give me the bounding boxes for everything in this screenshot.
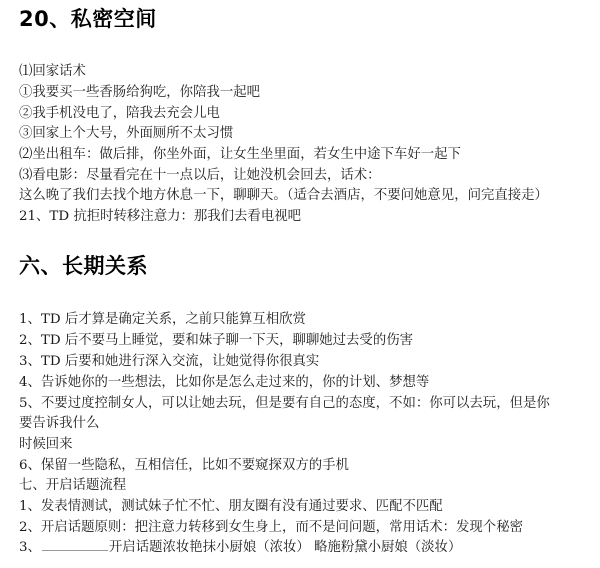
text-line: 要告诉我什么 bbox=[19, 414, 99, 434]
text-line: 3、TD 后要和她进行深入交流，让她觉得你很真实 bbox=[19, 352, 319, 372]
line-prefix: 3、 bbox=[19, 540, 41, 555]
heading-long-term-relationship: 六、长期关系 bbox=[19, 254, 148, 278]
text-line: 1、发表情测试，测试妹子忙不忙、朋友圈有没有通过要求、匹配不匹配 bbox=[19, 497, 443, 517]
text-line: 5、不要过度控制女人，可以让她去玩，但是要有自己的态度，不如：你可以去玩，但是你 bbox=[19, 394, 550, 414]
text-line: 21、TD 抗拒时转移注意力：那我们去看电视吧 bbox=[19, 207, 301, 227]
text-line-with-blank: 3、开启话题浓妆艳抹小厨娘（浓妆） 略施粉黛小厨娘（淡妆） bbox=[19, 538, 461, 558]
document-page: 20、私密空间 ⑴回家话术 ①我要买一些香肠给狗吃，你陪我一起吧 ②我手机没电了… bbox=[0, 0, 600, 568]
heading-private-space: 20、私密空间 bbox=[19, 7, 157, 31]
text-line: 时候回来 bbox=[19, 435, 73, 455]
subheading-topic-flow: 七、开启话题流程 bbox=[19, 476, 126, 496]
text-line: 6、保留一些隐私，互相信任，比如不要窥探双方的手机 bbox=[19, 456, 349, 476]
text-line: 1、TD 后才算是确定关系，之前只能算互相欣赏 bbox=[19, 310, 306, 330]
text-line: 2、开启话题原则：把注意力转移到女生身上，而不是问问题，常用话术：发现个秘密 bbox=[19, 518, 523, 538]
text-line: ②我手机没电了，陪我去充会儿电 bbox=[19, 104, 220, 124]
text-line: ⑴回家话术 bbox=[19, 62, 86, 82]
text-line: 这么晚了我们去找个地方休息一下，聊聊天。（适合去酒店，不要问她意见，问完直接走） bbox=[19, 186, 548, 206]
text-line: 4、告诉她你的一些想法，比如你是怎么走过来的，你的计划、梦想等 bbox=[19, 373, 429, 393]
text-line: ①我要买一些香肠给狗吃，你陪我一起吧 bbox=[19, 83, 260, 103]
text-line: ③回家上个大号，外面厕所不太习惯 bbox=[19, 124, 233, 144]
line-suffix: 开启话题浓妆艳抹小厨娘（浓妆） 略施粉黛小厨娘（淡妆） bbox=[109, 540, 461, 555]
text-line: ⑶看电影：尽量看完在十一点以后，让她没机会回去，话术： bbox=[19, 166, 381, 186]
fill-in-blank bbox=[42, 538, 108, 551]
text-line: ⑵坐出租车：做后排，你坐外面，让女生坐里面，若女生中途下车好一起下 bbox=[19, 145, 461, 165]
text-line: 2、TD 后不要马上睡觉，要和妹子聊一下天，聊聊她过去受的伤害 bbox=[19, 331, 413, 351]
